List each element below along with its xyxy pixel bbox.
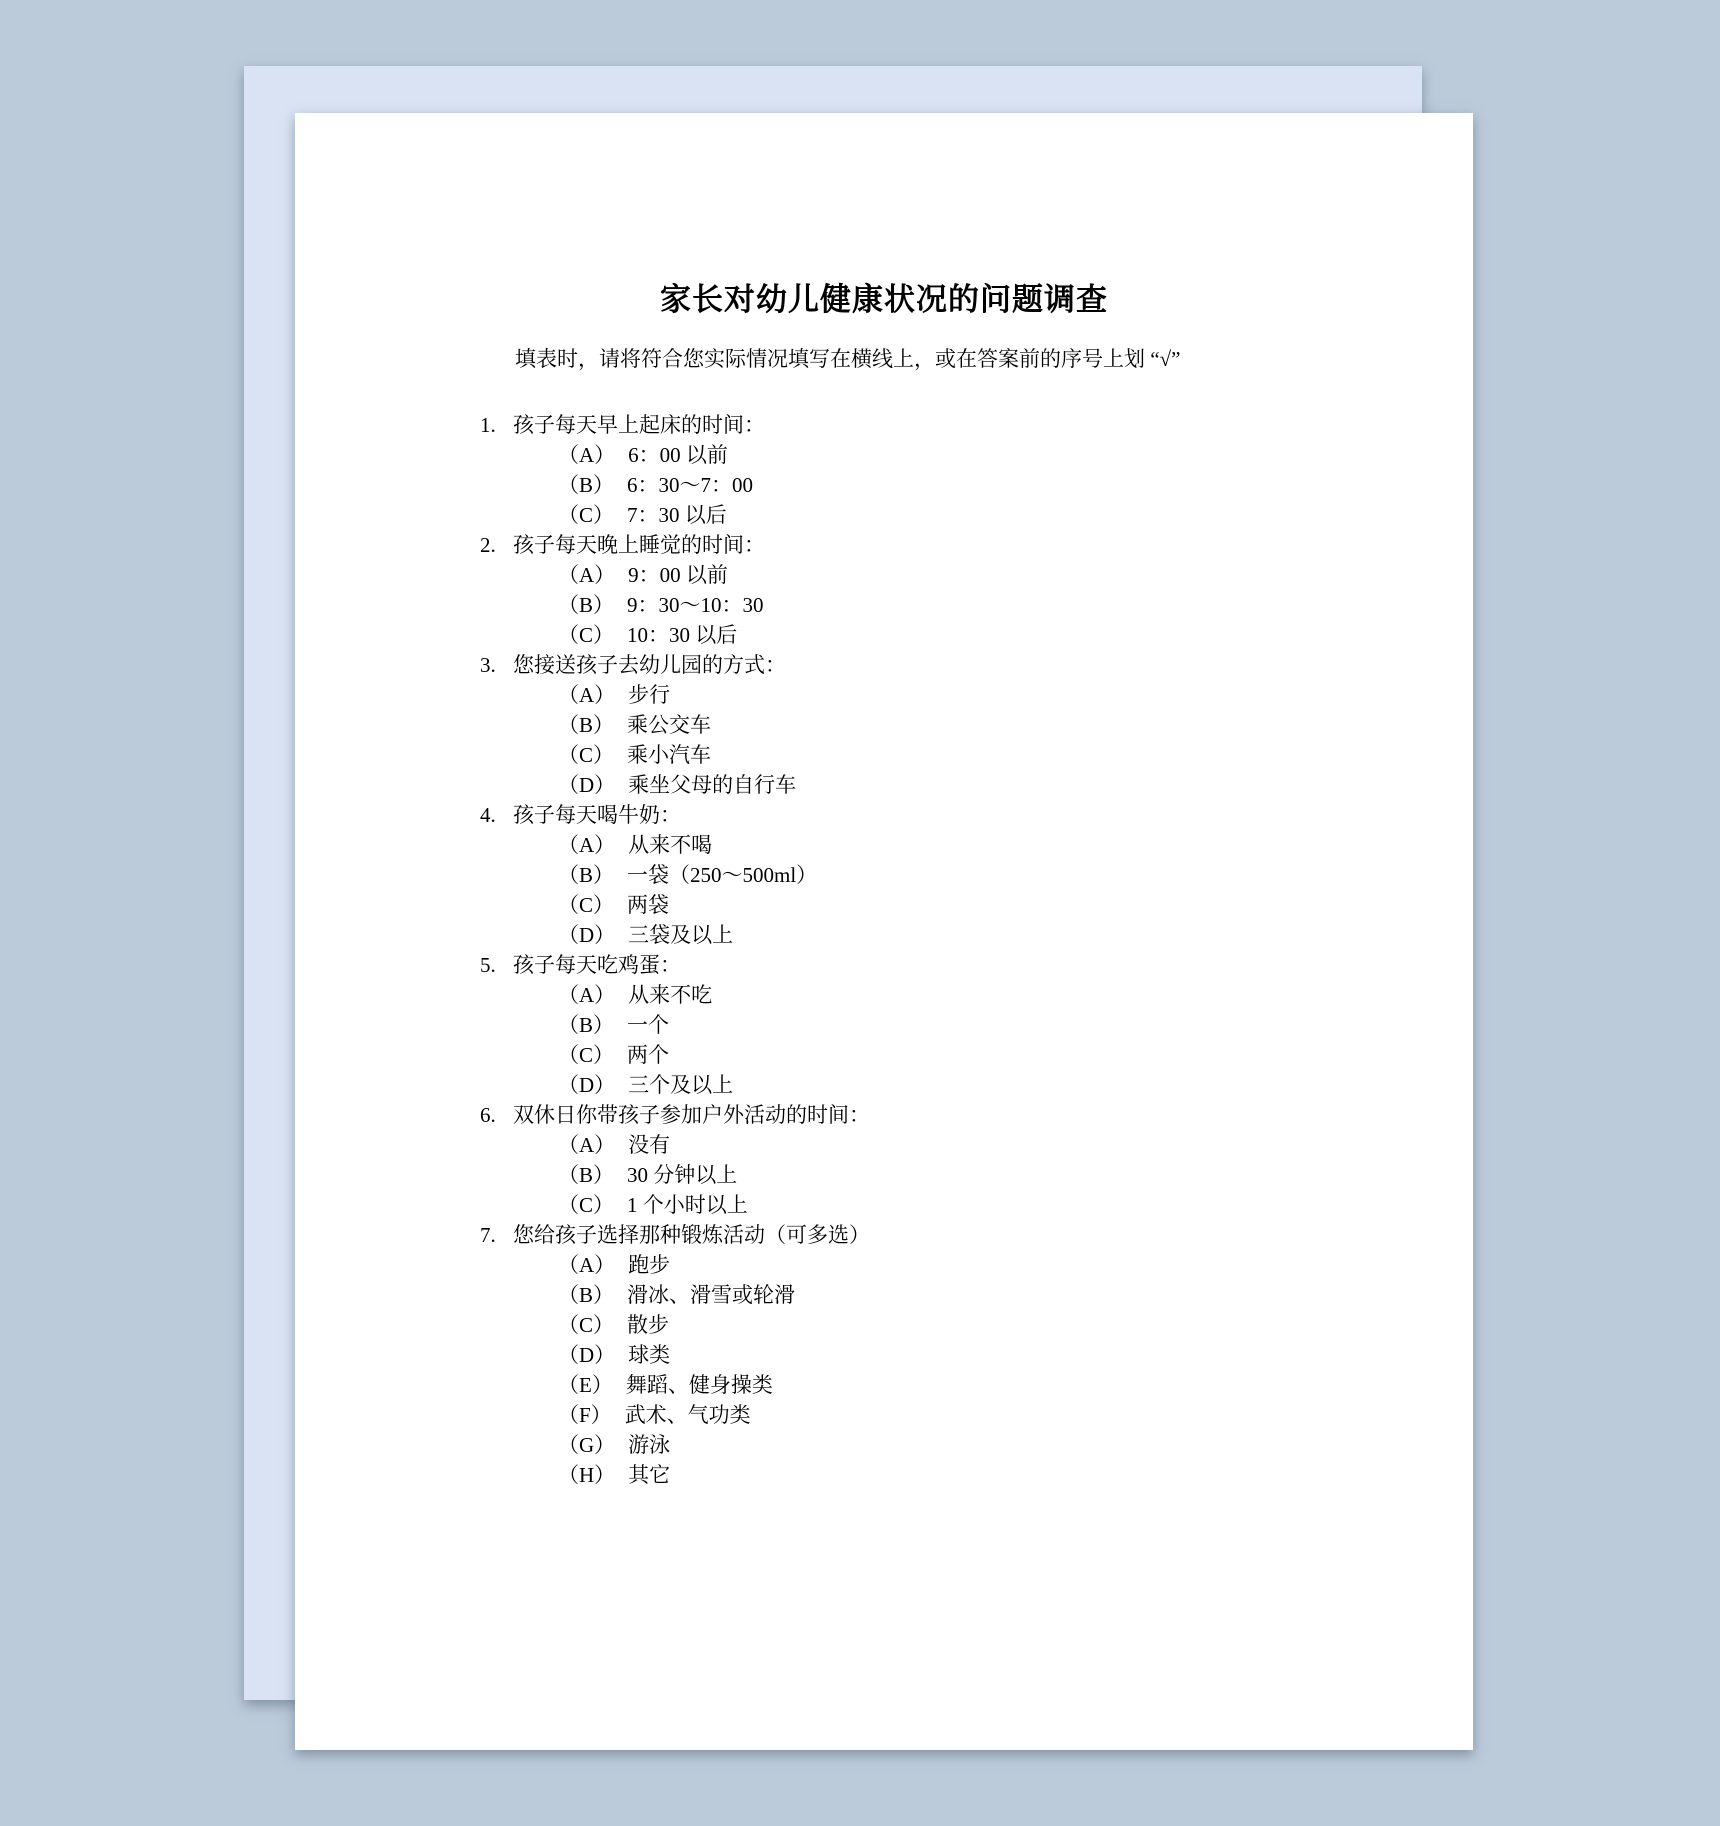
option-letter: （B）	[558, 863, 614, 887]
option-text: 7：30 以后	[627, 503, 727, 527]
question-number: 6.	[480, 1100, 513, 1130]
option-item: （A）跑步	[295, 1250, 1473, 1280]
question-item: 2.孩子每天晚上睡觉的时间：	[295, 530, 1473, 560]
option-text: 步行	[628, 683, 670, 707]
option-text: 乘公交车	[627, 713, 711, 737]
option-letter: （A）	[558, 1133, 615, 1157]
option-text: 10：30 以后	[627, 623, 737, 647]
option-text: 一袋（250～500ml）	[627, 863, 817, 887]
document-subtitle: 填表时，请将符合您实际情况填写在横线上，或在答案前的序号上划 “√”	[515, 344, 1180, 374]
question-list: 1.孩子每天早上起床的时间：（A）6：00 以前（B）6：30～7：00（C）7…	[295, 410, 1473, 1490]
option-item: （C）1 个小时以上	[295, 1190, 1473, 1220]
question-item: 4.孩子每天喝牛奶：	[295, 800, 1473, 830]
option-text: 滑冰、滑雪或轮滑	[627, 1283, 795, 1307]
option-text: 从来不喝	[628, 833, 712, 857]
option-letter: （A）	[558, 443, 615, 467]
option-letter: （D）	[558, 1343, 615, 1367]
option-text: 三个及以上	[628, 1073, 733, 1097]
question-item: 1.孩子每天早上起床的时间：	[295, 410, 1473, 440]
option-item: （A）6：00 以前	[295, 440, 1473, 470]
option-text: 两个	[627, 1043, 669, 1067]
question-text: 您接送孩子去幼儿园的方式：	[513, 653, 786, 677]
option-letter: （C）	[558, 893, 614, 917]
option-letter: （B）	[558, 1013, 614, 1037]
document-body: 家长对幼儿健康状况的问题调查 填表时，请将符合您实际情况填写在横线上，或在答案前…	[295, 113, 1473, 1750]
option-item: （B）6：30～7：00	[295, 470, 1473, 500]
option-item: （C）散步	[295, 1310, 1473, 1340]
page-background: 家长对幼儿健康状况的问题调查 填表时，请将符合您实际情况填写在横线上，或在答案前…	[0, 0, 1720, 1826]
option-item: （B）30 分钟以上	[295, 1160, 1473, 1190]
option-letter: （A）	[558, 1253, 615, 1277]
option-item: （D）三个及以上	[295, 1070, 1473, 1100]
option-letter: （A）	[558, 833, 615, 857]
option-item: （B）一袋（250～500ml）	[295, 860, 1473, 890]
option-text: 乘小汽车	[627, 743, 711, 767]
question-number: 4.	[480, 800, 513, 830]
option-item: （C）两个	[295, 1040, 1473, 1070]
option-letter: （C）	[558, 503, 614, 527]
option-letter: （C）	[558, 743, 614, 767]
option-letter: （C）	[558, 1313, 614, 1337]
option-text: 三袋及以上	[628, 923, 733, 947]
option-item: （A）没有	[295, 1130, 1473, 1160]
option-item: （D）乘坐父母的自行车	[295, 770, 1473, 800]
document-title: 家长对幼儿健康状况的问题调查	[295, 283, 1473, 317]
option-letter: （A）	[558, 563, 615, 587]
option-item: （A）从来不喝	[295, 830, 1473, 860]
option-letter: （D）	[558, 1073, 615, 1097]
option-item: （G）游泳	[295, 1430, 1473, 1460]
option-item: （B）滑冰、滑雪或轮滑	[295, 1280, 1473, 1310]
option-letter: （A）	[558, 983, 615, 1007]
option-item: （F）武术、气功类	[295, 1400, 1473, 1430]
option-text: 9：00 以前	[628, 563, 728, 587]
option-text: 乘坐父母的自行车	[628, 773, 796, 797]
option-text: 两袋	[627, 893, 669, 917]
question-number: 7.	[480, 1220, 513, 1250]
option-letter: （B）	[558, 1163, 614, 1187]
option-item: （A）步行	[295, 680, 1473, 710]
front-page: 家长对幼儿健康状况的问题调查 填表时，请将符合您实际情况填写在横线上，或在答案前…	[295, 113, 1473, 1750]
option-item: （A）9：00 以前	[295, 560, 1473, 590]
option-text: 跑步	[628, 1253, 670, 1277]
option-letter: （D）	[558, 773, 615, 797]
option-item: （B）一个	[295, 1010, 1473, 1040]
option-item: （D）三袋及以上	[295, 920, 1473, 950]
option-text: 6：30～7：00	[627, 473, 753, 497]
option-text: 没有	[628, 1133, 670, 1157]
option-text: 6：00 以前	[628, 443, 728, 467]
option-letter: （A）	[558, 683, 615, 707]
option-text: 1 个小时以上	[627, 1193, 748, 1217]
option-item: （C）乘小汽车	[295, 740, 1473, 770]
option-text: 一个	[627, 1013, 669, 1037]
question-text: 双休日你带孩子参加户外活动的时间：	[513, 1103, 870, 1127]
option-item: （D）球类	[295, 1340, 1473, 1370]
question-item: 3.您接送孩子去幼儿园的方式：	[295, 650, 1473, 680]
question-item: 6.双休日你带孩子参加户外活动的时间：	[295, 1100, 1473, 1130]
question-item: 7.您给孩子选择那种锻炼活动（可多选）	[295, 1220, 1473, 1250]
question-number: 1.	[480, 410, 513, 440]
option-item: （E）舞蹈、健身操类	[295, 1370, 1473, 1400]
option-text: 舞蹈、健身操类	[626, 1373, 773, 1397]
option-item: （H）其它	[295, 1460, 1473, 1490]
option-letter: （G）	[558, 1433, 615, 1457]
option-text: 30 分钟以上	[627, 1163, 737, 1187]
option-item: （B）9：30～10：30	[295, 590, 1473, 620]
question-number: 3.	[480, 650, 513, 680]
option-text: 从来不吃	[628, 983, 712, 1007]
option-item: （B）乘公交车	[295, 710, 1473, 740]
question-text: 孩子每天晚上睡觉的时间：	[513, 533, 765, 557]
option-text: 散步	[627, 1313, 669, 1337]
option-item: （C）10：30 以后	[295, 620, 1473, 650]
option-letter: （C）	[558, 1193, 614, 1217]
option-letter: （B）	[558, 1283, 614, 1307]
question-number: 5.	[480, 950, 513, 980]
option-letter: （D）	[558, 923, 615, 947]
option-letter: （B）	[558, 713, 614, 737]
option-item: （A）从来不吃	[295, 980, 1473, 1010]
option-letter: （C）	[558, 1043, 614, 1067]
option-item: （C）7：30 以后	[295, 500, 1473, 530]
option-text: 9：30～10：30	[627, 593, 764, 617]
question-text: 孩子每天吃鸡蛋：	[513, 953, 681, 977]
question-item: 5.孩子每天吃鸡蛋：	[295, 950, 1473, 980]
question-text: 孩子每天喝牛奶：	[513, 803, 681, 827]
option-text: 其它	[628, 1463, 670, 1487]
option-letter: （E）	[558, 1373, 613, 1397]
option-letter: （B）	[558, 473, 614, 497]
option-text: 游泳	[628, 1433, 670, 1457]
question-number: 2.	[480, 530, 513, 560]
option-letter: （F）	[558, 1403, 612, 1427]
option-letter: （C）	[558, 623, 614, 647]
option-letter: （B）	[558, 593, 614, 617]
option-letter: （H）	[558, 1463, 615, 1487]
question-text: 孩子每天早上起床的时间：	[513, 413, 765, 437]
option-text: 武术、气功类	[625, 1403, 751, 1427]
option-text: 球类	[628, 1343, 670, 1367]
option-item: （C）两袋	[295, 890, 1473, 920]
question-text: 您给孩子选择那种锻炼活动（可多选）	[513, 1223, 870, 1247]
